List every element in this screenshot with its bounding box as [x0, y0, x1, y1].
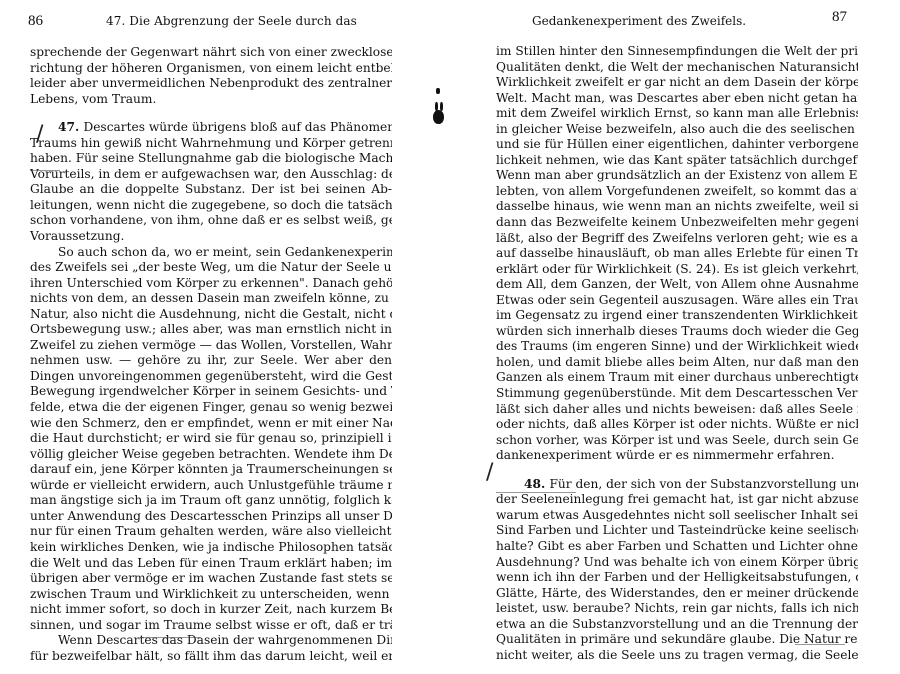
- pencil-underline: [30, 170, 60, 171]
- text-line: Glaube an die doppelte Substanz. Der ist…: [30, 182, 392, 198]
- text-line: Wirklichkeit zweifelt er gar nicht an de…: [496, 75, 858, 91]
- text-line: dasselbe hinaus, wie wenn man an nichts …: [496, 199, 858, 215]
- text-line: in gleicher Weise bezweifeln, also auch …: [496, 122, 858, 138]
- pencil-underline: [140, 637, 200, 638]
- text-line: dem All, dem Ganzen, der Welt, von Allem…: [496, 277, 858, 293]
- text-line: Stimmung gegenüberstünde. Mit dem Descar…: [496, 386, 858, 402]
- page-number: 87: [832, 9, 847, 26]
- text-line: Ausdehnung? Und was behalte ich von eine…: [496, 555, 858, 571]
- running-head: Gedankenexperiment des Zweifels.: [532, 14, 746, 28]
- text-line: nur für einen Traum gehalten werden, wär…: [30, 524, 392, 540]
- text-line: übrigen aber vermöge er im wachen Zustan…: [30, 571, 392, 587]
- text-line: etwa an die Substanzvorstellung und an d…: [496, 617, 858, 633]
- text-line: auf dasselbe hinausläuft, ob man alles E…: [496, 246, 858, 262]
- page-body: sprechende der Gegenwart nährt sich von …: [30, 45, 392, 664]
- text-line: schon vorher, was Körper ist und was See…: [496, 433, 858, 449]
- text-line: leider aber unvermeidlichen Nebenprodukt…: [30, 76, 392, 92]
- text-line: läßt sich daher alles und nichts beweise…: [496, 402, 858, 418]
- text-line: Natur, also nicht die Ausdehnung, nicht …: [30, 307, 392, 323]
- text-line: haben. Für seine Stellungnahme gab die b…: [30, 151, 392, 167]
- text-line: Dingen unvoreingenommen gegenübersteht, …: [30, 369, 392, 385]
- text-line: der Seeleneinlegung frei gemacht hat, is…: [496, 492, 858, 508]
- text-line: nichts von dem, an dessen Dasein man zwe…: [30, 291, 392, 307]
- text-line: Ortsbewegung usw.; alles aber, was man e…: [30, 322, 392, 338]
- text-line: des Zweifels sei „der beste Weg, um die …: [30, 260, 392, 276]
- text-line: Qualitäten denkt, die Welt der mechanisc…: [496, 60, 858, 76]
- text-line: Bewegung irgendwelcher Körper in seinem …: [30, 384, 392, 400]
- section-number: 47.: [58, 120, 83, 134]
- text-line: mit dem Zweifel wirklich Ernst, so kann …: [496, 106, 858, 122]
- text-line: die Haut durchsticht; er wird sie für ge…: [30, 431, 392, 447]
- text-line: leitungen, wenn nicht die zugegebene, so…: [30, 198, 392, 214]
- text-line: Wenn man aber grundsätzlich an der Exist…: [496, 168, 858, 184]
- text-line: unter Anwendung des Descartesschen Prinz…: [30, 509, 392, 525]
- page-number: 86: [28, 13, 43, 30]
- right-page: Gedankenexperiment des Zweifels. 87 im S…: [460, 0, 900, 674]
- text-line: Sind Farben und Lichter und Tasteindrück…: [496, 523, 858, 539]
- text-line: Glätte, Härte, des Widerstandes, den er …: [496, 586, 858, 602]
- text-line: warum etwas Ausgedehntes nicht soll seel…: [496, 508, 858, 524]
- text-line: So auch schon da, wo er meint, sein Geda…: [30, 245, 392, 261]
- text-line: Zweifel zu ziehen vermöge — das Wollen, …: [30, 338, 392, 354]
- ink-blot-mark: [432, 80, 446, 140]
- text-line: holen, und damit bliebe alles beim Alten…: [496, 355, 858, 371]
- text-line: wie den Schmerz, den er empfindet, wenn …: [30, 416, 392, 432]
- text-line: lichkeit nehmen, wie das Kant später tat…: [496, 153, 858, 169]
- text-line: Wenn Descartes das Dasein der wahrgenomm…: [30, 633, 392, 649]
- text-line: für bezweifelbar hält, so fällt ihm das …: [30, 649, 392, 665]
- pencil-slash-mark: /: [486, 460, 493, 485]
- text-line: Welt. Macht man, was Descartes aber eben…: [496, 91, 858, 107]
- paragraph-gap: [30, 107, 392, 120]
- text-line: des Traums (im engeren Sinne) und der Wi…: [496, 339, 858, 355]
- left-page: 86 47. Die Abgrenzung der Seele durch da…: [0, 0, 440, 674]
- text-line: erklärt oder für Wirklichkeit (S. 24). E…: [496, 262, 858, 278]
- text-line: felde, etwa die der eigenen Finger, gena…: [30, 400, 392, 416]
- text-line: dann das Bezweifelte keinem Unbezweifelt…: [496, 215, 858, 231]
- text-line: im Gegensatz zu irgend einer transzenden…: [496, 308, 858, 324]
- text-line: 47. Descartes würde übrigens bloß auf da…: [30, 120, 392, 136]
- text-line: und sie für Hüllen einer eigentlichen, d…: [496, 137, 858, 153]
- text-line: kein wirkliches Denken, wie ja indische …: [30, 540, 392, 556]
- page-body: im Stillen hinter den Sinnesempfindungen…: [496, 44, 858, 663]
- text-line: zwischen Traum und Wirklichkeit zu unter…: [30, 587, 392, 603]
- text-line: sprechende der Gegenwart nährt sich von …: [30, 45, 392, 61]
- text-line: wenn ich ihn der Farben und der Helligke…: [496, 570, 858, 586]
- text-line: nicht weiter, als die Seele uns zu trage…: [496, 648, 858, 664]
- text-line: im Stillen hinter den Sinnesempfindungen…: [496, 44, 858, 60]
- text-line: richtung der höheren Organismen, von ein…: [30, 61, 392, 77]
- text-line: sinnen, und sogar im Traume selbst wisse…: [30, 618, 392, 634]
- text-line: ihren Unterschied vom Körper zu erkennen…: [30, 276, 392, 292]
- pencil-underline: [496, 492, 576, 493]
- text-line: Lebens, vom Traum.: [30, 92, 392, 108]
- section-number: 48.: [524, 477, 549, 491]
- text-line: würden sich innerhalb dieses Traums doch…: [496, 324, 858, 340]
- text-line: leistet, usw. beraube? Nichts, rein gar …: [496, 601, 858, 617]
- text-line: dankenexperiment würde er es nimmermehr …: [496, 448, 858, 464]
- pencil-underline: [795, 644, 845, 645]
- text-line: man ängstige sich ja im Traum oft ganz u…: [30, 493, 392, 509]
- text-line: halte? Gibt es aber Farben und Schatten …: [496, 539, 858, 555]
- text-line: Ganzen als einem Traum mit einer durchau…: [496, 370, 858, 386]
- pencil-slash-mark: /: [36, 122, 43, 147]
- text-line: die Welt und das Leben für einen Traum e…: [30, 556, 392, 572]
- text-line: schon vorhandene, von ihm, ohne daß er e…: [30, 213, 392, 229]
- text-line: 48. Für den, der sich von der Substanzvo…: [496, 477, 858, 493]
- text-line: würde er vielleicht erwidern, auch Unlus…: [30, 478, 392, 494]
- text-line: nehmen usw. — gehöre zu ihr, zur Seele. …: [30, 353, 392, 369]
- text-line: Voraussetzung.: [30, 229, 392, 245]
- text-line: Etwas oder sein Gegenteil auszusagen. Wä…: [496, 293, 858, 309]
- text-line: lebten, von allem Vorgefundenen zweifelt…: [496, 184, 858, 200]
- text-line: läßt, also der Begriff des Zweifelns ver…: [496, 231, 858, 247]
- running-head: 47. Die Abgrenzung der Seele durch das: [106, 14, 357, 28]
- text-line: darauf ein, jene Körper könnten ja Traum…: [30, 462, 392, 478]
- text-line: Vorurteils, in dem er aufgewachsen war, …: [30, 167, 392, 183]
- text-line: Traums hin gewiß nicht Wahrnehmung und K…: [30, 136, 392, 152]
- paragraph-gap: [496, 464, 858, 477]
- text-line: völlig gleicher Weise gegeben betrachten…: [30, 447, 392, 463]
- text-line: oder nichts, daß alles Körper ist oder n…: [496, 417, 858, 433]
- text-line: nicht immer sofort, so doch in kurzer Ze…: [30, 602, 392, 618]
- text-line: Qualitäten in primäre und sekundäre glau…: [496, 632, 858, 648]
